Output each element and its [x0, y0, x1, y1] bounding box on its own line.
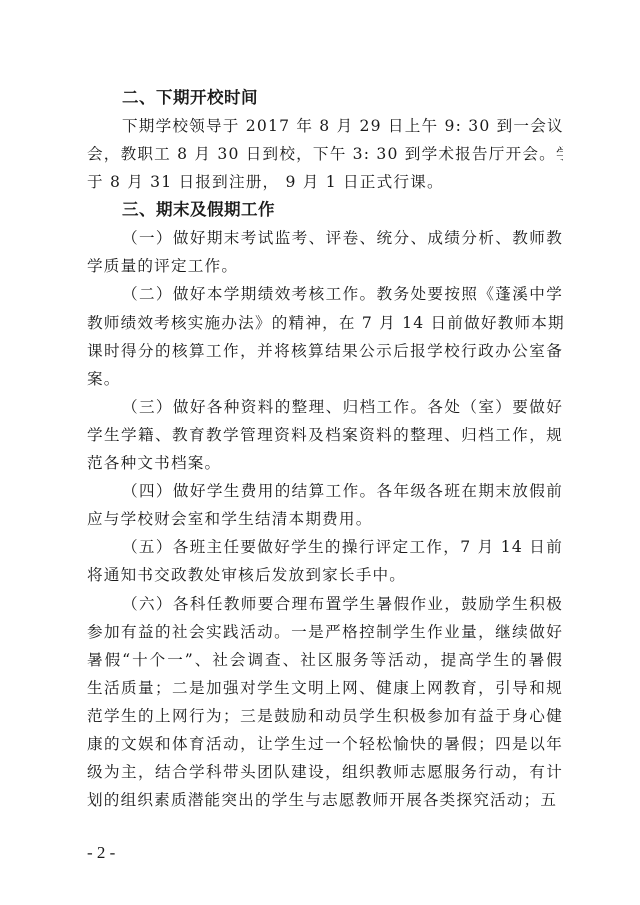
text-line: 于 8 月 31 日报到注册， 9 月 1 日正式行课。 [87, 168, 563, 196]
text-line: （二）做好本学期绩效考核工作。教务处要按照《蓬溪中学 [87, 280, 563, 308]
section-heading: 二、下期开校时间 [87, 84, 563, 112]
section-heading: 三、期末及假期工作 [87, 196, 563, 224]
text-line: 课时得分的核算工作，并将核算结果公示后报学校行政办公室备 [87, 337, 563, 365]
text-line: （五）各班主任要做好学生的操行评定工作，7 月 14 日前 [87, 533, 563, 561]
paragraph: （三）做好各种资料的整理、归档工作。各处（室）要做好学生学籍、教育教学管理资料及… [87, 393, 563, 477]
text-line: 划的组织素质潜能突出的学生与志愿教师开展各类探究活动；五 [87, 786, 563, 814]
text-line: 暑假“十个一”、社会调查、社区服务等活动，提高学生的暑假 [87, 646, 563, 674]
text-line: 参加有益的社会实践活动。一是严格控制学生作业量，继续做好 [87, 618, 563, 646]
text-line: 会，教职工 8 月 30 日到校，下午 3: 30 到学术报告厅开会。学生 [87, 140, 563, 168]
text-line: 范学生的上网行为；三是鼓励和动员学生积极参加有益于身心健 [87, 702, 563, 730]
text-line: 下期学校领导于 2017 年 8 月 29 日上午 9: 30 到一会议室开 [87, 112, 563, 140]
paragraph: 下期学校领导于 2017 年 8 月 29 日上午 9: 30 到一会议室开会，… [87, 112, 563, 196]
paragraph: （一）做好期末考试监考、评卷、统分、成绩分析、教师教学质量的评定工作。 [87, 224, 563, 280]
text-line: （四）做好学生费用的结算工作。各年级各班在期末放假前 [87, 477, 563, 505]
paragraph: （四）做好学生费用的结算工作。各年级各班在期末放假前应与学校财会室和学生结清本期… [87, 477, 563, 533]
text-line: 教师绩效考核实施办法》的精神，在 7 月 14 日前做好教师本期 [87, 309, 563, 337]
paragraph: （二）做好本学期绩效考核工作。教务处要按照《蓬溪中学教师绩效考核实施办法》的精神… [87, 280, 563, 392]
text-line: 级为主，结合学科带头团队建设，组织教师志愿服务行动，有计 [87, 758, 563, 786]
text-line: （三）做好各种资料的整理、归档工作。各处（室）要做好 [87, 393, 563, 421]
text-line: 将通知书交政教处审核后发放到家长手中。 [87, 561, 563, 589]
paragraph: （六）各科任教师要合理布置学生暑假作业，鼓励学生积极参加有益的社会实践活动。一是… [87, 590, 563, 815]
page-number: - 2 - [87, 843, 115, 863]
text-line: 康的文娱和体育活动，让学生过一个轻松愉快的暑假；四是以年 [87, 730, 563, 758]
text-line: （一）做好期末考试监考、评卷、统分、成绩分析、教师教 [87, 224, 563, 252]
text-line: 范各种文书档案。 [87, 449, 563, 477]
text-line: 生活质量；二是加强对学生文明上网、健康上网教育，引导和规 [87, 674, 563, 702]
text-line: （六）各科任教师要合理布置学生暑假作业，鼓励学生积极 [87, 590, 563, 618]
document-page: 二、下期开校时间下期学校领导于 2017 年 8 月 29 日上午 9: 30 … [87, 84, 563, 814]
text-line: 学生学籍、教育教学管理资料及档案资料的整理、归档工作，规 [87, 421, 563, 449]
text-line: 案。 [87, 365, 563, 393]
paragraph: （五）各班主任要做好学生的操行评定工作，7 月 14 日前将通知书交政教处审核后… [87, 533, 563, 589]
text-line: 学质量的评定工作。 [87, 252, 563, 280]
text-line: 应与学校财会室和学生结清本期费用。 [87, 505, 563, 533]
